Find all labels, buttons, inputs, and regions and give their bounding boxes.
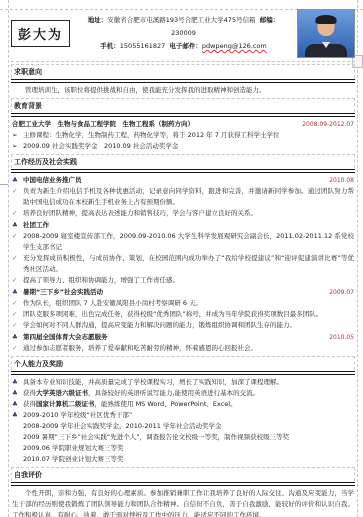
- section-rule: [11, 113, 355, 117]
- certificate-name: 大学英语六级证书: [36, 389, 88, 397]
- email-label: 电子邮件：: [169, 42, 202, 50]
- job-bullet: ✓ 提高了领导力、组织和协调能力，增强了工作责任感。: [11, 275, 355, 286]
- club-bullet-icon: ♣: [12, 377, 23, 388]
- certificate-name: 国家计算机二级证书: [36, 400, 95, 408]
- section-title-education: 教育背景: [11, 98, 355, 112]
- contact-info: 地址：安徽省合肥市屯溪路193号合肥工业大学475号信箱 邮编：230009 手…: [76, 14, 291, 53]
- club-bullet-icon: ♣: [12, 388, 23, 399]
- candidate-name: 彭大为: [11, 20, 70, 47]
- club-bullet-icon: ♣: [12, 220, 23, 231]
- contact-line-address: 地址：安徽省合肥市屯溪路193号合肥工业大学475号信箱 邮编：230009: [76, 14, 291, 40]
- club-bullet-icon: ♣: [12, 332, 23, 343]
- check-bullet-icon: ✓: [12, 343, 23, 354]
- award-item: 2009.06 学院职业规划大赛三等奖: [11, 443, 355, 454]
- job-date: 2010.08: [329, 175, 354, 186]
- section-rule: [11, 79, 355, 83]
- job-bullet: ✓ 团队克服多项困难，出色完成任务，获得校级“优秀团队”称号，并成为当年学院获得…: [11, 309, 355, 320]
- zip-value: 230009: [171, 29, 196, 37]
- job-bullet: ✓ 培养良好团队精神，提高表达表述能力和销售技巧，学会与客户建立良好的关系。: [11, 208, 355, 219]
- job-title-row: ♣ 第四届全国体育大会志愿服务 2010.05: [11, 332, 355, 343]
- job-bullet: ✓ 通过参加志愿者服务，培养了爱奉献和吃苦耐劳的精神，怀着感恩的心回报社会。: [11, 343, 355, 354]
- photo-face: [318, 17, 335, 36]
- check-bullet-icon: ✓: [12, 275, 23, 286]
- page-margin-guide-right: [357, 0, 358, 517]
- job-title: 暑期“三下乡”社会实践活动: [23, 287, 103, 298]
- job-date: 2009.07: [329, 287, 354, 298]
- section-title-experience: 工作经历及社会实践: [11, 154, 355, 168]
- job-title: 社团工作: [23, 220, 49, 231]
- arrow-bullet-icon: ➢: [12, 130, 23, 141]
- contact-line-phone-email: 手机：15055161827 电子邮件：pdwpeng@126.com: [76, 40, 291, 53]
- school-name: 合肥工业大学 生物与食品工程学院 生物工程系（制药方向）: [12, 119, 194, 130]
- award-item: 2010.07 学院创业计划大赛三等奖: [11, 454, 355, 465]
- section-rule: [11, 371, 355, 375]
- check-bullet-icon: ✓: [12, 320, 23, 331]
- check-bullet-icon: ✓: [12, 309, 23, 320]
- award-item: ♣ 2009-2010 学年校级“社区优秀干部”: [11, 410, 355, 421]
- job-title: 中国电信业务推广员: [23, 175, 82, 186]
- club-bullet-icon: ♣: [12, 287, 23, 298]
- skill-item: ♣ 具备本专业知识技能，并高质量完成了学校课程实习，增长了实践知识，加深了课程理…: [11, 377, 355, 388]
- self-evaluation-text: 个性开朗，亲和力强，有良好的心理素质。参加推销兼职工作让我培养了良好的人际交往、…: [11, 488, 355, 517]
- resume-document-page: 彭大为 地址：安徽省合肥市屯溪路193号合肥工业大学475号信箱 邮编：2300…: [0, 0, 363, 517]
- section-rule: [11, 169, 355, 173]
- phone-label: 手机：: [100, 42, 120, 50]
- section-rule: [11, 482, 355, 486]
- page-margin-guide-left: [8, 0, 9, 517]
- skill-item: ♣ 获得国家计算机二级证书，能熟练使用 MS Word、PowerPoint、E…: [11, 399, 355, 410]
- job-title: 第四届全国体育大会志愿服务: [23, 332, 108, 343]
- club-bullet-icon: ♣: [12, 410, 23, 421]
- phone-value: 15055161827: [120, 42, 166, 50]
- award-item: 2008-2009 学年社会实践奖学金，2010-2011 学年社会活动奖学金: [11, 421, 355, 432]
- education-date: 2008.09-2012.07: [302, 119, 354, 130]
- club-bullet-icon: ♣: [12, 175, 23, 186]
- margin-tick: [0, 184, 8, 185]
- resume-content: 彭大为 地址：安徽省合肥市屯溪路193号合肥工业大学475号信箱 邮编：2300…: [11, 3, 355, 517]
- check-bullet-icon: ✓: [12, 208, 23, 219]
- section-title-self-evaluation: 自我评价: [11, 467, 355, 481]
- section-title-skills: 个人能力及奖励: [11, 356, 355, 370]
- award-item: 2009 暑期“三下乡”社会实践“先进个人”，调查报告论文校级一等奖，制作视频获…: [11, 432, 355, 443]
- skill-computer: 获得国家计算机二级证书，能熟练使用 MS Word、PowerPoint、Exc…: [23, 399, 354, 410]
- job-date: 2010.05: [329, 332, 354, 343]
- section-title-objective: 求职意向: [11, 64, 355, 78]
- zip-label: 邮编：: [260, 16, 280, 24]
- job-title-row: ♣ 中国电信业务推广员 2010.08: [11, 175, 355, 186]
- check-bullet-icon: ✓: [12, 186, 23, 197]
- address-label: 地址：: [88, 16, 108, 24]
- skill-english: 获得大学英语六级证书，具备较好的英语听说写能力,能使用英语进行基本的交流。: [23, 388, 354, 399]
- arrow-bullet-icon: ➢: [12, 141, 23, 152]
- resume-header: 彭大为 地址：安徽省合肥市屯溪路193号合肥工业大学475号信箱 邮编：2300…: [11, 3, 355, 62]
- id-photo: [297, 9, 355, 58]
- club-bullet-icon: ♣: [12, 399, 23, 410]
- email-value: pdwpeng@126.com: [202, 42, 267, 50]
- education-item: ➢ 2009.09 社会实践奖学金 2010.09 社会活动奖学金: [11, 141, 355, 152]
- check-bullet-icon: ✓: [12, 253, 23, 264]
- job-bullet: ✓ 作为队长，组织团队 7 人赴安徽凤阳县小岗村考察调研 6 天。: [11, 298, 355, 309]
- job-title-row: ♣ 社团工作: [11, 220, 355, 231]
- skill-item: ♣ 获得大学英语六级证书，具备较好的英语听说写能力,能使用英语进行基本的交流。: [11, 388, 355, 399]
- check-bullet-icon: ✓: [12, 231, 23, 242]
- education-item: ➢ 主修课程：生物化学，生物制药工程，药物化学等，将于 2012 年 7 月获得…: [11, 130, 355, 141]
- objective-text: 管理培训生，该职位将提供挑战和自由，使我能充分发挥我的进取精神和创造能力。: [11, 85, 355, 96]
- job-bullet: ✓ 学会如何对不同人群沟通，提高应变能力和解决问题的能力，锻炼组织协调和团队生存…: [11, 320, 355, 331]
- address-value: 安徽省合肥市屯溪路193号合肥工业大学475号信箱: [107, 16, 255, 24]
- job-bullet: ✓ 充分发挥成员积极性，与成员协作、策划，在校园范围内成功举办了“我给学校提建议…: [11, 253, 355, 275]
- job-title-row: ♣ 暑期“三下乡”社会实践活动 2009.07: [11, 287, 355, 298]
- education-school-row: 合肥工业大学 生物与食品工程学院 生物工程系（制药方向） 2008.09-201…: [11, 119, 355, 130]
- check-bullet-icon: ✓: [12, 298, 23, 309]
- job-bullet: ✓ 2008-2009 寝室楼宣传部工作，2009.09-2010.06 大学生…: [11, 231, 355, 253]
- job-bullet: ✓ 负责为新生介绍电信手机及各种优惠活动，记录意向同学资料，跟进和完善，并邀请新…: [11, 186, 355, 208]
